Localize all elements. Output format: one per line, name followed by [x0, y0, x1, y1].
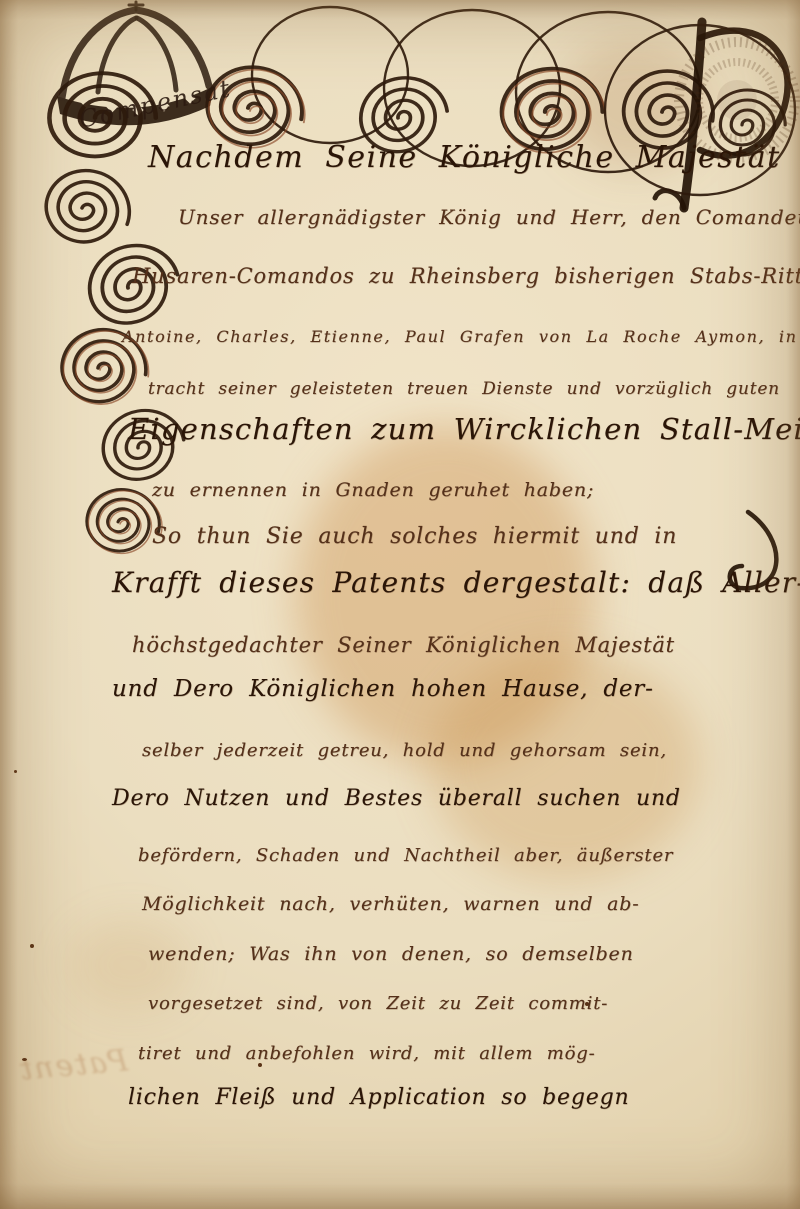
- text-line: tracht seiner geleisteten treuen Dienste…: [148, 379, 780, 399]
- calligraphic-flourishes: [0, 0, 800, 1209]
- text-line: Eigenschaften zum Wircklichen Stall-Meis…: [128, 412, 800, 446]
- text-line: selber jederzeit getreu, hold und gehors…: [142, 740, 667, 761]
- text-line: Husaren-Comandos zu Rheinsberg bisherige…: [132, 264, 800, 288]
- text-line: höchstgedachter Seiner Königlichen Majes…: [132, 633, 675, 657]
- text-line: So thun Sie auch solches hiermit und in: [152, 524, 677, 549]
- ink-speck: [22, 1058, 27, 1061]
- manuscript-page: Compensat Nachdem Seine Königliche Majes…: [0, 0, 800, 1209]
- text-line: Dero Nutzen und Bestes überall suchen un…: [112, 786, 681, 811]
- text-line: und Dero Königlichen hohen Hause, der-: [112, 676, 654, 702]
- text-line: Möglichkeit nach, verhüten, warnen und a…: [142, 893, 639, 915]
- left-margin-flourish-chain: [37, 159, 189, 563]
- text-line: wenden; Was ihn von denen, so demselben: [148, 943, 634, 965]
- text-line: Unser allergnädigster König und Herr, de…: [178, 205, 800, 229]
- text-line: Krafft dieses Patents dergestalt: daß Al…: [112, 566, 800, 599]
- text-line: lichen Fleiß und Application so begegn: [128, 1085, 629, 1110]
- text-line: Antoine, Charles, Etienne, Paul Grafen v…: [122, 327, 800, 346]
- heading-line: Nachdem Seine Königliche Majestät von Pr…: [148, 140, 800, 175]
- text-line: vorgesetzet sind, von Zeit zu Zeit commi…: [148, 993, 608, 1014]
- text-line: zu ernennen in Gnaden geruhet haben;: [152, 479, 594, 501]
- ink-speck: [30, 944, 34, 948]
- text-line: tiret und anbefohlen wird, mit allem mög…: [138, 1043, 595, 1064]
- text-line: befördern, Schaden und Nachtheil aber, ä…: [138, 845, 673, 866]
- ink-speck: [14, 770, 17, 773]
